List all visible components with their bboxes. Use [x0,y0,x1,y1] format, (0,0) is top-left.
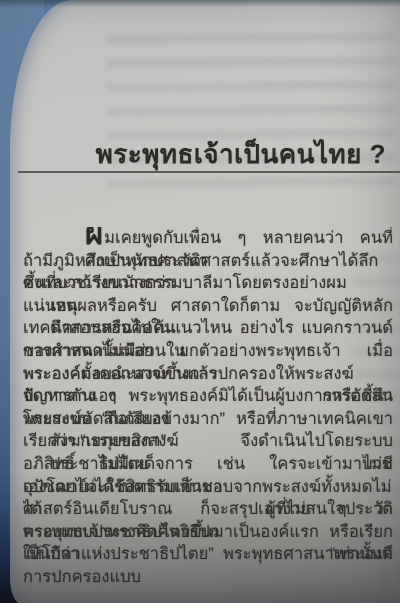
text-line: ปัญหาต่าง ๆ พระพุทธองค์มิได้เป็นผู้บงการ… [23,385,393,408]
paragraph: ผมเคยพูดกับเพื่อน ๆ หลายคนว่า คนที่ศึกษา… [23,227,393,295]
book-page: พระพุทธเจ้าเป็นคนไทย ? ผมเคยพูดกับเพื่อน… [10,0,400,603]
paragraph: สังฆกรรมของสงฆ์ จึงดำเนินไปโดยระบบประชาธ… [23,430,393,566]
title-underline [18,171,400,173]
text-line: ศาสตร์อินเดียโบราณ ก็จะสรุปเอาง่าย ๆ ว่า… [23,498,393,521]
text-line: สังฆกรรมของสงฆ์ จึงดำเนินไปโดยระบบประชาธ… [23,430,393,453]
text-line: ผมเคยพูดกับเพื่อน ๆ หลายคนว่า คนที่ศึกษา… [23,227,393,250]
text-line: เองโดยไม่ได้รับความเห็นชอบจากพระสงฆ์ทั้ง… [23,476,393,499]
text-line: ครองแบบประชาธิปไตยขึ้นมาเป็นองค์แรก หรือ… [23,521,393,544]
chapter-title: พระพุทธเจ้าเป็นคนไทย ? [10,138,386,170]
text-line: เทคนิคการสอนไปในแนวไหน อย่างไร แบคกราวนด… [23,317,393,340]
page-body: ผมเคยพูดกับเพื่อน ๆ หลายคนว่า คนที่ศึกษา… [23,227,393,603]
text-line: คนที่บวชเรียนนักธรรมบาลีมาโดยตรงอย่างผมแ… [23,272,393,295]
text-line: การกำหนดไม่น้อย ยกตัวอย่างพระพุทธเจ้า เม… [23,340,393,363]
text-line: โดยระบบ “ถือเสียงข้างมาก” หรือที่ภาษาเทค… [23,408,393,431]
text-line: เป็นบิดาแห่งประชาธิปไตย” พระพุทธศาสนาเท่… [23,543,393,566]
text-line: พระองค์มอบอำนาจทางการปกครองให้พระสงฆ์จัด… [23,363,393,386]
book-page-photo: พระพุทธเจ้าเป็นคนไทย ? ผมเคยพูดกับเพื่อน… [0,0,400,603]
text-line: ถ้ามีภูมิหลังเป็นนักประวัติศาสตร์แล้วจะศ… [23,250,393,273]
paragraph: เหตุผลหรือครับ ศาสดาใดก็ตาม จะบัญญัติหลั… [23,295,393,431]
drop-cap-letter: ผ [85,227,104,251]
text-line: อภิสิทธิ์ ไม่มีเผด็จการ เช่น ใครจะเข้ามา… [23,453,393,476]
text-line: เหตุผลหรือครับ ศาสดาใดก็ตาม จะบัญญัติหลั… [23,295,393,318]
